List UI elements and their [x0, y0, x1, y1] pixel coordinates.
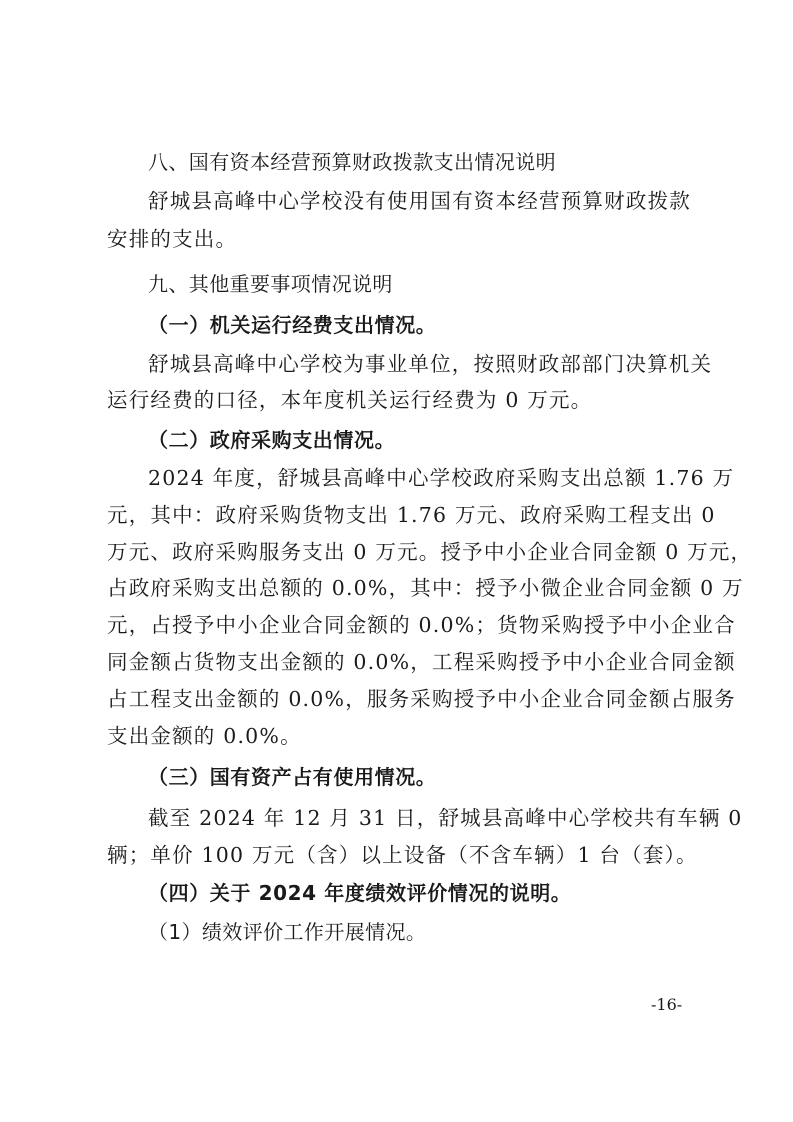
section-8-heading: 八、国有资本经营预算财政拨款支出情况说明 [148, 150, 556, 174]
subsection-2-paragraph-line: 占工程支出金额的 0.0%，服务采购授予中小企业合同金额占服务 [107, 687, 691, 711]
section-9-heading: 九、其他重要事项情况说明 [148, 272, 393, 296]
subsection-3-paragraph-line: 辆；单价 100 万元（含）以上设备（不含车辆）1 台（套）。 [107, 843, 691, 867]
subsection-2-heading: （二）政府采购支出情况。 [148, 428, 395, 452]
subsection-2-paragraph-line: 支出金额的 0.0%。 [107, 724, 302, 748]
subsection-1-heading: （一）机关运行经费支出情况。 [148, 313, 436, 337]
page-number: -16- [651, 995, 682, 1014]
subsection-1-paragraph-line: 运行经费的口径，本年度机关运行经费为 0 万元。 [107, 388, 592, 412]
subsection-4-item-1-heading: （1）绩效评价工作开展情况。 [148, 920, 426, 944]
subsection-2-paragraph-line: 同金额占货物支出金额的 0.0%，工程采购授予中小企业合同金额 [107, 650, 691, 674]
section-8-paragraph-line: 安排的支出。 [107, 227, 237, 251]
subsection-2-paragraph-line: 元，其中：政府采购货物支出 1.76 万元、政府采购工程支出 0 [107, 503, 691, 527]
subsection-1-paragraph-line: 舒城县高峰中心学校为事业单位，按照财政部部门决算机关 [148, 352, 691, 376]
subsection-2-paragraph-line: 万元、政府采购服务支出 0 万元。授予中小企业合同金额 0 万元， [107, 540, 691, 564]
subsection-3-paragraph-line: 截至 2024 年 12 月 31 日，舒城县高峰中心学校共有车辆 0 [148, 806, 691, 830]
subsection-2-paragraph-line: 2024 年度，舒城县高峰中心学校政府采购支出总额 1.76 万 [148, 466, 691, 490]
subsection-2-paragraph-line: 占政府采购支出总额的 0.0%，其中：授予小微企业合同金额 0 万 [107, 576, 691, 600]
subsection-3-heading: （三）国有资产占有使用情况。 [148, 765, 436, 789]
section-8-paragraph-line: 舒城县高峰中心学校没有使用国有资本经营预算财政拨款 [148, 189, 691, 213]
subsection-4-heading: （四）关于 2024 年度绩效评价情况的说明。 [148, 881, 571, 905]
subsection-2-paragraph-line: 元，占授予中小企业合同金额的 0.0%；货物采购授予中小企业合 [107, 613, 691, 637]
